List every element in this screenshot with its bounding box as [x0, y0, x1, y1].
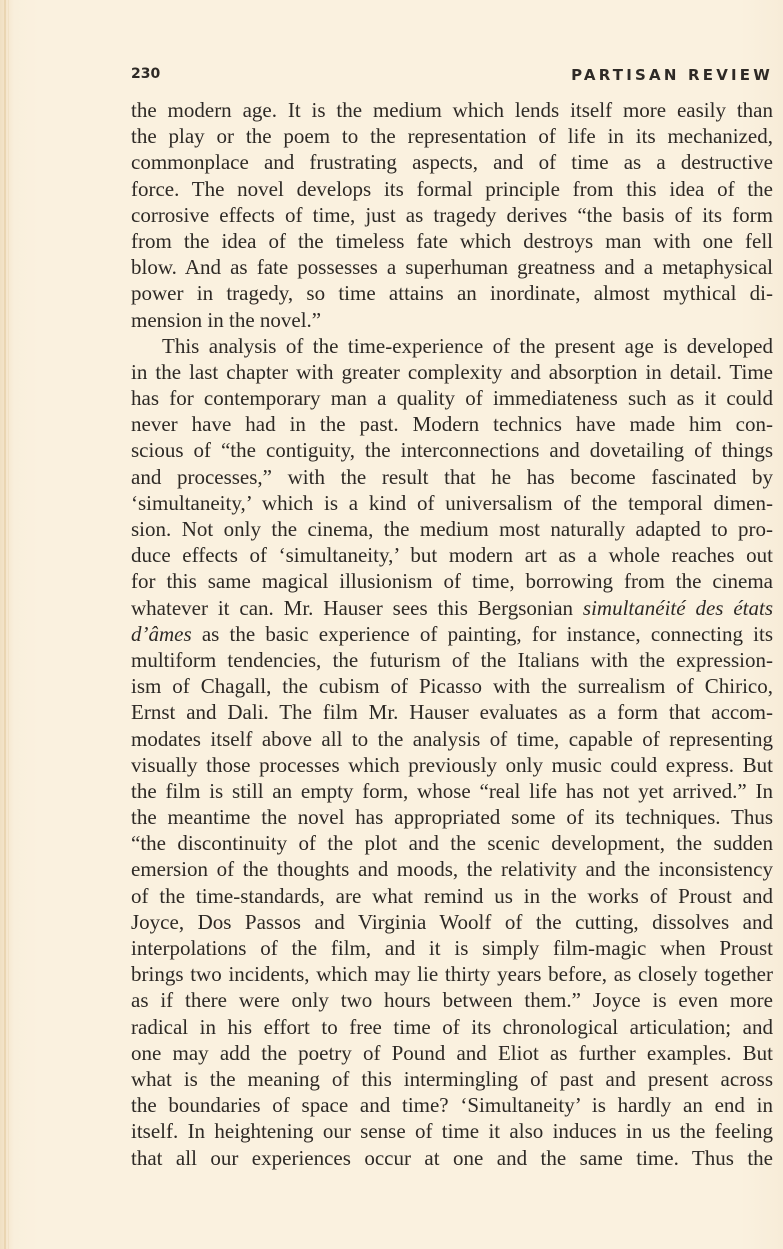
text-line: the film is still an empty form, whose “… [131, 778, 773, 804]
text-line: “the discontinuity of the plot and the s… [131, 830, 773, 856]
text-line: brings two incidents, which may lie thir… [131, 961, 773, 987]
text-line: and processes,” with the result that he … [131, 464, 773, 490]
book-page: 230 PARTISAN REVIEW the modern age. It i… [0, 0, 783, 1249]
text-line: has for contemporary man a quality of im… [131, 385, 773, 411]
text-line: Ernst and Dali. The film Mr. Hauser eval… [131, 699, 773, 725]
text-line: from the idea of the timeless fate which… [131, 228, 773, 254]
body-text: the modern age. It is the medium which l… [131, 97, 773, 1171]
text-line: power in tragedy, so time attains an ino… [131, 280, 773, 306]
text-line: for this same magical illusionism of tim… [131, 568, 773, 594]
text-line: mension in the novel.” [131, 307, 773, 333]
text-segment: as the basic experience of painting, for… [192, 622, 773, 646]
text-line: of the time-standards, are what remind u… [131, 883, 773, 909]
text-line: radical in his effort to free time of it… [131, 1014, 773, 1040]
text-line: d’âmes as the basic experience of painti… [131, 621, 773, 647]
text-line: This analysis of the time-experience of … [131, 333, 773, 359]
text-line: one may add the poetry of Pound and Elio… [131, 1040, 773, 1066]
text-segment: whatever it can. Mr. Hauser sees this Be… [131, 596, 583, 620]
text-line: that all our experiences occur at one an… [131, 1145, 773, 1171]
text-line: what is the meaning of this interminglin… [131, 1066, 773, 1092]
text-line: duce effects of ‘simultaneity,’ but mode… [131, 542, 773, 568]
text-line: as if there were only two hours between … [131, 987, 773, 1013]
text-line: the modern age. It is the medium which l… [131, 97, 773, 123]
text-line: in the last chapter with greater complex… [131, 359, 773, 385]
text-line: force. The novel develops its formal pri… [131, 176, 773, 202]
text-line: interpolations of the film, and it is si… [131, 935, 773, 961]
text-line: itself. In heightening our sense of time… [131, 1118, 773, 1144]
italic-phrase: d’âmes [131, 622, 192, 646]
text-line: modates itself above all to the analysis… [131, 726, 773, 752]
text-line: Joyce, Dos Passos and Virginia Woolf of … [131, 909, 773, 935]
text-line: visually those processes which previousl… [131, 752, 773, 778]
text-line: whatever it can. Mr. Hauser sees this Be… [131, 595, 773, 621]
text-line: blow. And as fate possesses a superhuman… [131, 254, 773, 280]
text-line: the meantime the novel has appropriated … [131, 804, 773, 830]
page-spine-edge [8, 0, 9, 1249]
page-spine-shadow [4, 0, 6, 1249]
journal-title: PARTISAN REVIEW [571, 66, 773, 84]
text-line: ‘simultaneity,’ which is a kind of unive… [131, 490, 773, 516]
text-line: sion. Not only the cinema, the medium mo… [131, 516, 773, 542]
text-line: corrosive effects of time, just as trage… [131, 202, 773, 228]
text-line: scious of “the contiguity, the interconn… [131, 437, 773, 463]
text-line: multiform tendencies, the futurism of th… [131, 647, 773, 673]
text-line: emersion of the thoughts and moods, the … [131, 856, 773, 882]
text-line: the play or the poem to the representati… [131, 123, 773, 149]
text-line: the boundaries of space and time? ‘Simul… [131, 1092, 773, 1118]
page-number: 230 [131, 66, 160, 82]
italic-phrase: simultanéité des états [583, 596, 773, 620]
running-head: 230 PARTISAN REVIEW [131, 66, 773, 90]
text-line: commonplace and frustrating aspects, and… [131, 149, 773, 175]
text-line: ism of Chagall, the cubism of Picasso wi… [131, 673, 773, 699]
text-line: never have had in the past. Modern techn… [131, 411, 773, 437]
